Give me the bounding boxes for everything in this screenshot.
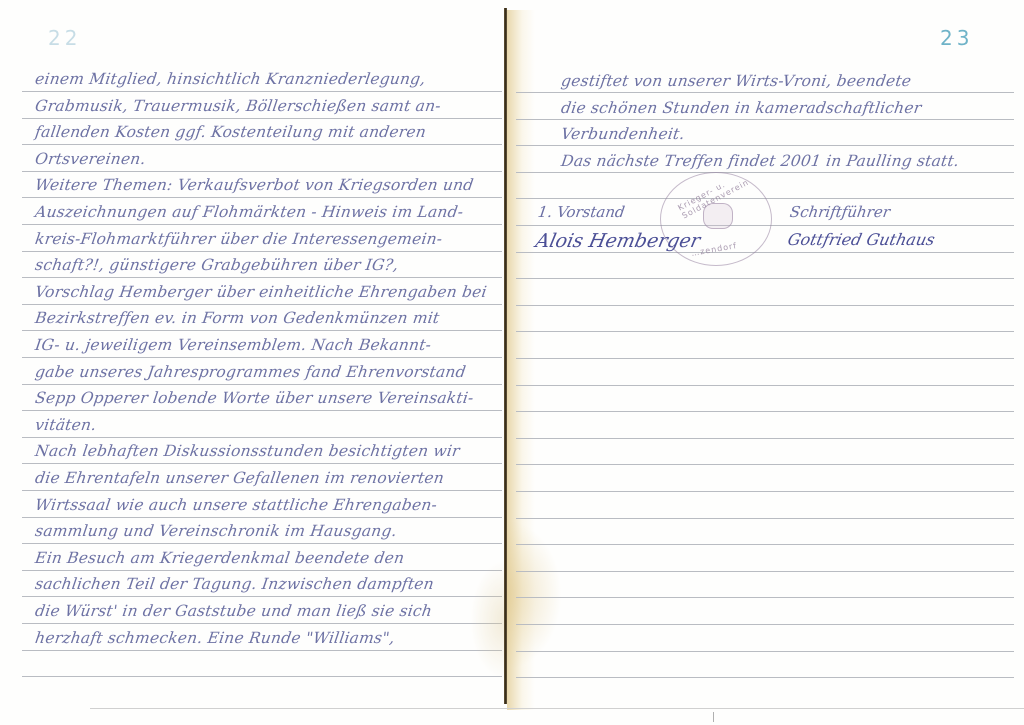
scan-mark <box>713 712 714 722</box>
ruled-line <box>22 197 502 198</box>
ruled-line <box>22 437 502 438</box>
handwritten-line: schaft?!, günstigere Grabgebühren über I… <box>34 256 400 274</box>
ruled-line <box>22 330 502 331</box>
ruled-line <box>516 411 1014 412</box>
ruled-line <box>22 490 502 491</box>
handwritten-line: Weitere Themen: Verkaufsverbot von Krieg… <box>34 176 475 194</box>
handwritten-line: Wirtssaal wie auch unsere stattliche Ehr… <box>34 496 438 514</box>
handwritten-line: Nach lebhaften Diskussionsstunden besich… <box>34 442 461 460</box>
signature-label-chairman: 1. Vorstand <box>537 203 626 221</box>
ruled-line <box>516 358 1014 359</box>
ruled-line <box>22 517 502 518</box>
ruled-line <box>516 119 1014 120</box>
ruled-line <box>516 331 1014 332</box>
ruled-line <box>22 410 502 411</box>
ruled-line <box>516 464 1014 465</box>
signature-chairman: Alois Hemberger <box>534 230 703 252</box>
ruled-line <box>22 251 502 252</box>
ruled-line <box>516 624 1014 625</box>
ruled-line <box>516 252 1014 253</box>
ruled-line <box>516 677 1014 678</box>
ruled-line <box>516 544 1014 545</box>
ruled-line <box>22 171 502 172</box>
left-page: 22 einem Mitglied, hinsichtlich Kranznie… <box>0 0 506 725</box>
ruled-line <box>22 623 502 624</box>
handwritten-line: Grabmusik, Trauermusik, Böllerschießen s… <box>34 97 442 115</box>
ruled-line <box>22 596 502 597</box>
handwritten-line: gabe unseres Jahresprogrammes fand Ehren… <box>34 363 467 381</box>
handwritten-line: herzhaft schmecken. Eine Runde "Williams… <box>34 629 396 647</box>
ruled-line <box>22 570 502 571</box>
handwritten-line: Verbundenheit. <box>560 125 686 143</box>
handshake-emblem-icon <box>703 203 733 229</box>
ruled-line <box>22 304 502 305</box>
handwritten-line: sachlichen Teil der Tagung. Inzwischen d… <box>34 575 435 593</box>
ruled-line <box>516 438 1014 439</box>
handwritten-line: vitäten. <box>34 416 98 434</box>
ruled-line <box>516 145 1014 146</box>
page-bottom-edge <box>90 708 1024 709</box>
ruled-line <box>516 92 1014 93</box>
ruled-line <box>516 385 1014 386</box>
handwritten-line: die Ehrentafeln unserer Gefallenen im re… <box>34 469 445 487</box>
handwritten-line: Ortsvereinen. <box>34 150 147 168</box>
handwritten-line: IG- u. jeweiligem Vereinsemblem. Nach Be… <box>34 336 432 354</box>
notebook-spread: 22 einem Mitglied, hinsichtlich Kranznie… <box>0 0 1024 725</box>
ruled-line <box>22 384 502 385</box>
ruled-line <box>22 144 502 145</box>
handwritten-line: sammlung und Vereinschronik im Hausgang. <box>34 522 398 540</box>
signature-label-secretary: Schriftführer <box>789 203 892 221</box>
page-number-right: 23 <box>940 26 973 50</box>
ruled-line <box>516 651 1014 652</box>
book-spine <box>504 8 507 704</box>
handwritten-line: kreis-Flohmarktführer über die Interesse… <box>34 230 444 248</box>
handwritten-line: gestiftet von unserer Wirts-Vroni, beend… <box>560 72 912 90</box>
handwritten-line: Bezirkstreffen ev. in Form von Gedenkmün… <box>34 309 441 327</box>
ruled-line <box>516 597 1014 598</box>
ruled-line <box>22 118 502 119</box>
handwritten-line: Sepp Opperer lobende Worte über unsere V… <box>34 389 475 407</box>
handwritten-line: einem Mitglied, hinsichtlich Kranznieder… <box>34 70 427 88</box>
ruled-line <box>516 305 1014 306</box>
ruled-line <box>22 676 502 677</box>
ruled-line <box>22 91 502 92</box>
ruled-line <box>516 571 1014 572</box>
ruled-line <box>22 224 502 225</box>
ruled-line <box>22 543 502 544</box>
handwritten-line: Ein Besuch am Kriegerdenkmal beendete de… <box>34 549 406 567</box>
ruled-line <box>22 650 502 651</box>
ruled-line <box>22 277 502 278</box>
ruled-line <box>516 518 1014 519</box>
ruled-line <box>516 278 1014 279</box>
handwritten-line: die Würst' in der Gaststube und man ließ… <box>34 602 433 620</box>
paper-stain <box>470 560 504 680</box>
handwritten-line: Vorschlag Hemberger über einheitliche Eh… <box>34 283 488 301</box>
ruled-line <box>516 491 1014 492</box>
ruled-line <box>22 357 502 358</box>
page-number-left: 22 <box>48 26 81 50</box>
right-page: 23 gestiftet von unserer Wirts-Vroni, be… <box>508 0 1024 725</box>
handwritten-line: Auszeichnungen auf Flohmärkten - Hinweis… <box>34 203 464 221</box>
handwritten-line: fallenden Kosten ggf. Kostenteilung mit … <box>34 123 427 141</box>
handwritten-line: die schönen Stunden in kameradschaftlich… <box>560 99 923 117</box>
ruled-line <box>22 463 502 464</box>
signature-secretary: Gottfried Guthaus <box>786 230 937 249</box>
